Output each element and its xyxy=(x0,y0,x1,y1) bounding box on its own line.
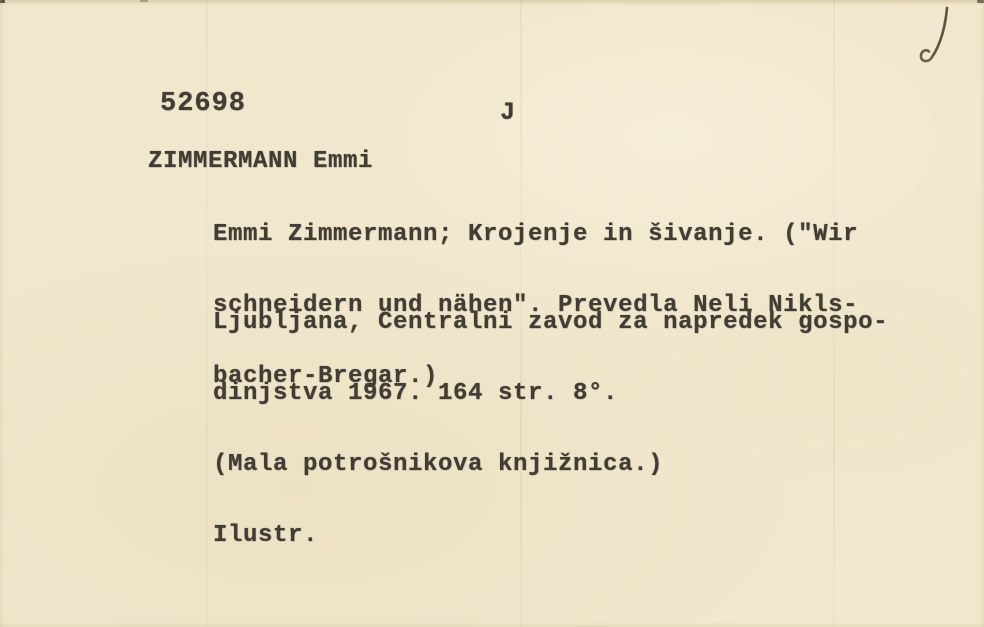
imprint-block: Ljubljana, Centralni zavod za napredek g… xyxy=(213,264,888,594)
illustration-note: Ilustr. xyxy=(213,524,888,548)
imprint-line: dinjstva 1967. 164 str. 8°. xyxy=(213,382,888,406)
pen-checkmark-icon xyxy=(903,3,965,75)
series-line: (Mala potrošnikova knjižnica.) xyxy=(213,453,888,477)
scan-speck xyxy=(0,0,5,3)
imprint-line: Ljubljana, Centralni zavod za napredek g… xyxy=(213,311,888,335)
catalog-card: 52698 J ZIMMERMANN Emmi Emmi Zimmermann;… xyxy=(0,0,984,627)
scan-speck xyxy=(977,0,984,3)
catalog-number: 52698 xyxy=(160,91,246,118)
title-line: Emmi Zimmermann; Krojenje in šivanje. ("… xyxy=(213,223,858,247)
scan-speck xyxy=(140,0,148,2)
section-letter: J xyxy=(500,99,516,126)
author-heading: ZIMMERMANN Emmi xyxy=(148,150,373,174)
